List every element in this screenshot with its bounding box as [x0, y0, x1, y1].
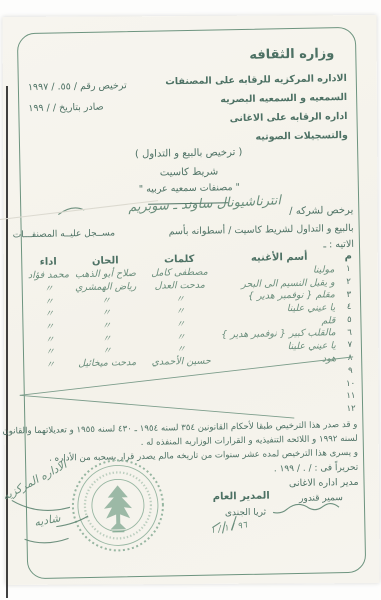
- row-number: ١٠: [343, 378, 359, 388]
- lyrics-cell: حسين الأحمدي: [142, 355, 220, 367]
- department-line-3: اداره الرقابه على الاغانى: [230, 112, 348, 125]
- general-director-title: المدير العام: [213, 491, 270, 504]
- row-number: ٧: [342, 340, 358, 350]
- col-header-song: أسم الأغنيه: [218, 251, 340, 264]
- performer-cell: 〃: [28, 356, 72, 371]
- song-cell: قلم: [219, 315, 341, 328]
- row-number: ٢: [341, 277, 357, 287]
- col-header-number: م: [340, 250, 356, 261]
- song-cell: و يقبل النسيم الى البحر: [219, 277, 341, 290]
- row-number: ٦: [342, 328, 358, 338]
- ministry-title: وزاره الثقافه: [249, 47, 334, 64]
- melody-cell: صلاح أبو الذهب: [70, 268, 140, 280]
- row-number: ٣: [341, 290, 357, 300]
- row-number: ٨: [342, 353, 358, 363]
- department-line-4: والتسجيلات الصوتيه: [255, 131, 348, 144]
- license-document: وزاره الثقافه الاداره المركزيه للرقابه ع…: [0, 0, 381, 600]
- licensee-label: يرخص لشركه /: [289, 205, 353, 218]
- recorded-works-side-note: مســجل عليــه المصنفـــات: [13, 228, 115, 240]
- songs-director-name: سمير قندور: [299, 493, 343, 504]
- license-issued-line: صادر بتاريخ / / ١٩٩: [28, 103, 104, 115]
- row-number: ٩: [342, 366, 358, 376]
- row-number: ١: [340, 264, 356, 274]
- songs-table: م أسم الأغنيه كلمات الحان اداء ١ مولينا …: [24, 249, 359, 422]
- lyrics-cell: 〃: [142, 341, 220, 356]
- song-cell: هود: [220, 353, 342, 366]
- row-number: ٤: [341, 302, 357, 312]
- performer-cell: محمد فؤاد: [26, 269, 70, 281]
- dated-line: تحريراً فى : / . / ١٩٩ .: [274, 463, 359, 475]
- song-cell: مالقلب كبير { نوفمبر هدير }: [220, 327, 342, 340]
- song-cell: مولينا: [218, 264, 340, 277]
- song-cell: يا عيني علينا: [219, 302, 341, 315]
- row-number: ٥: [341, 315, 357, 325]
- melody-cell: مدحت ميخائيل: [72, 357, 142, 369]
- row-number: ١١: [343, 391, 359, 401]
- col-header-lyrics: كلمات: [140, 253, 218, 265]
- melody-cell: 〃: [72, 342, 142, 357]
- col-header-melody: الحان: [70, 254, 140, 266]
- song-cell: مقلم { نوفمبر هدير }: [219, 289, 341, 302]
- col-header-performer: اداء: [26, 256, 70, 268]
- lyrics-cell: مصطفى كامل: [140, 266, 218, 278]
- row-number: ١٢: [343, 404, 359, 414]
- license-number-line: ترخيص رقم / ٥٥. / ١٩٩٧: [28, 81, 127, 94]
- songs-director-title: مدير اداره الاغانى: [289, 478, 359, 490]
- general-director-name: ثريا الجندى: [225, 508, 266, 519]
- song-cell: يا عيني علينا: [220, 340, 342, 353]
